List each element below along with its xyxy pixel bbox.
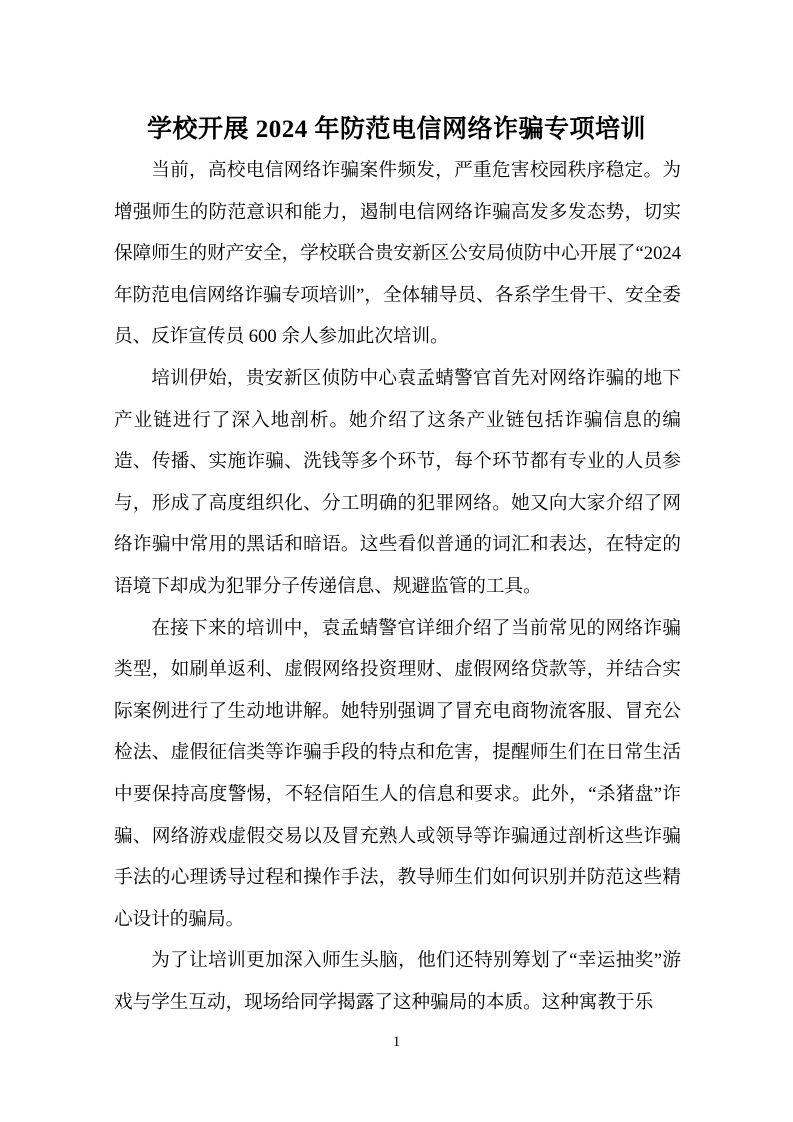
document-title: 学校开展 2024 年防范电信网络诈骗专项培训: [0, 113, 793, 147]
document-body: 当前，高校电信网络诈骗案件频发，严重危害校园秩序稳定。为增强师生的防范意识和能力…: [114, 150, 681, 1023]
page-footer: 1: [0, 1032, 793, 1052]
page-number: 1: [393, 1034, 400, 1050]
paragraph-3: 在接下来的培训中，袁孟蜻警官详细介绍了当前常见的网络诈骗类型，如刷单返利、虚假网…: [114, 608, 681, 941]
paragraph-1: 当前，高校电信网络诈骗案件频发，严重危害校园秩序稳定。为增强师生的防范意识和能力…: [114, 150, 681, 358]
document-page: 学校开展 2024 年防范电信网络诈骗专项培训 当前，高校电信网络诈骗案件频发，…: [0, 0, 793, 1122]
paragraph-2: 培训伊始，贵安新区侦防中心袁孟蜻警官首先对网络诈骗的地下产业链进行了深入地剖析。…: [114, 358, 681, 608]
paragraph-4: 为了让培训更加深入师生头脑，他们还特别筹划了“幸运抽奖”游戏与学生互动，现场给同…: [114, 940, 681, 1023]
